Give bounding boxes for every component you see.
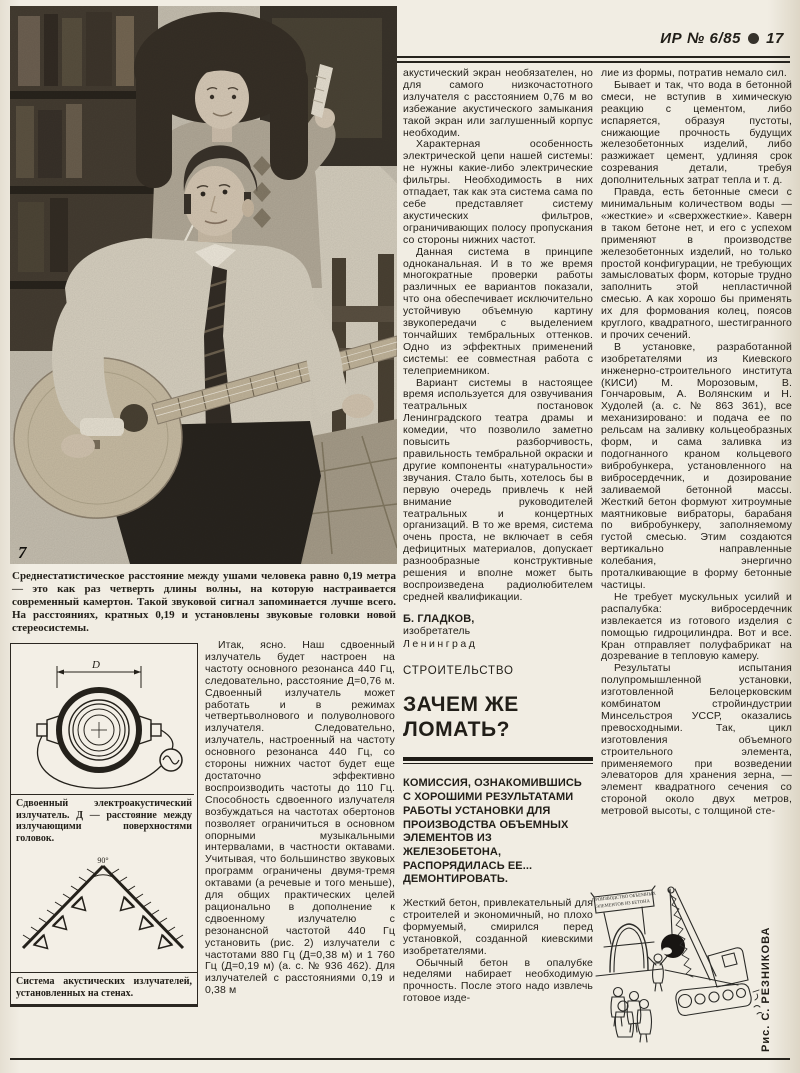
cartoon-figure: ПРОИЗВОДСТВО ОБЪЕМНЫХ ЭЛЕМЕНТОВ ИЗ БЕТОН… bbox=[590, 884, 762, 1062]
headline-divider bbox=[403, 757, 593, 764]
speaker-icon bbox=[53, 916, 71, 934]
wall-speakers-diagram: 90° bbox=[11, 850, 194, 972]
angle-label: 90° bbox=[97, 856, 108, 865]
illustration-credit: Рис. С. РЕЗНИКОВА bbox=[760, 894, 776, 1052]
body-paragraph: акустический экран необязателен, но для … bbox=[403, 68, 593, 139]
photo-figure: 7 bbox=[10, 6, 397, 564]
right-column: лие из формы, потратив немало сил. Бывае… bbox=[601, 68, 792, 818]
masthead: ИР № 6/8517 bbox=[660, 30, 784, 47]
middle-column: акустический экран необязателен, но для … bbox=[403, 68, 593, 1005]
speaker-icon bbox=[154, 935, 172, 953]
article-headline: ЗАЧЕМ ЖЕ ЛОМАТЬ? bbox=[403, 692, 558, 742]
author-block: Б. ГЛАДКОВ, изобретатель Ленинград bbox=[403, 614, 593, 651]
body-paragraph: Обычный бетон в опалубке неделями набира… bbox=[403, 958, 593, 1006]
page-bottom-divider bbox=[10, 1058, 790, 1060]
body-paragraph: Жесткий бетон, привлекательный для строи… bbox=[403, 898, 593, 958]
magazine-page: ИР № 6/8517 bbox=[0, 0, 800, 1073]
diagram-panel: D Сдвоенный электроакустический излучате… bbox=[10, 643, 198, 1007]
speaker-icon bbox=[116, 897, 134, 915]
body-paragraph: Вариант системы в настоящее время исполь… bbox=[403, 378, 593, 604]
diagram2-caption: Система акустических излучателей, устано… bbox=[11, 972, 197, 1004]
page-number: 17 bbox=[766, 30, 784, 47]
cartoon-illustration: ПРОИЗВОДСТВО ОБЪЕМНЫХ ЭЛЕМЕНТОВ ИЗ БЕТОН… bbox=[590, 884, 762, 1062]
issue-dot-icon bbox=[748, 33, 759, 44]
author-role: изобретатель bbox=[403, 626, 593, 638]
speaker-icon bbox=[135, 916, 153, 934]
left-column: Итак, ясно. Наш сдвоенный излучатель буд… bbox=[205, 640, 395, 997]
body-paragraph: Данная система в принципе одноканальная.… bbox=[403, 247, 593, 378]
rope bbox=[665, 970, 738, 985]
article-lead: КОМИССИЯ, ОЗНАКОМИВШИСЬ С ХОРОШИМИ РЕЗУЛ… bbox=[403, 777, 593, 887]
body-paragraph: Характерная особенность электрической це… bbox=[403, 139, 593, 246]
author-name: Б. ГЛАДКОВ, bbox=[403, 614, 593, 626]
photo-grain bbox=[10, 6, 397, 564]
diagram1-caption: Сдвоенный электроакустический излучатель… bbox=[11, 795, 197, 850]
body-paragraph: В установке, разработанной изобретателям… bbox=[601, 342, 792, 592]
gesturing-man bbox=[648, 954, 669, 991]
dual-driver-diagram: D bbox=[11, 644, 194, 795]
dimension-d-label: D bbox=[91, 659, 100, 671]
dome-structure bbox=[596, 924, 662, 976]
section-rubric: СТРОИТЕЛЬСТВО bbox=[403, 666, 593, 678]
photo-illustration: 7 bbox=[10, 6, 397, 564]
body-paragraph: Итак, ясно. Наш сдвоенный излучатель буд… bbox=[205, 640, 395, 997]
issue-label: ИР № 6/85 bbox=[660, 30, 741, 47]
body-paragraph: Правда, есть бетонные смеси с минимальны… bbox=[601, 187, 792, 342]
photo-caption: Среднестатистическое расстояние между уш… bbox=[12, 570, 396, 635]
author-city: Ленинград bbox=[403, 639, 593, 651]
speaker-icon bbox=[34, 935, 52, 953]
speaker-icon bbox=[72, 897, 90, 915]
body-paragraph: Не требует мускульных усилий и распалубк… bbox=[601, 592, 792, 663]
crowd-of-onlookers bbox=[611, 988, 652, 1043]
body-paragraph: Бывает и так, что вода в бетонной смеси,… bbox=[601, 80, 792, 187]
body-paragraph: Результаты испытания полупромышленной ус… bbox=[601, 663, 792, 818]
